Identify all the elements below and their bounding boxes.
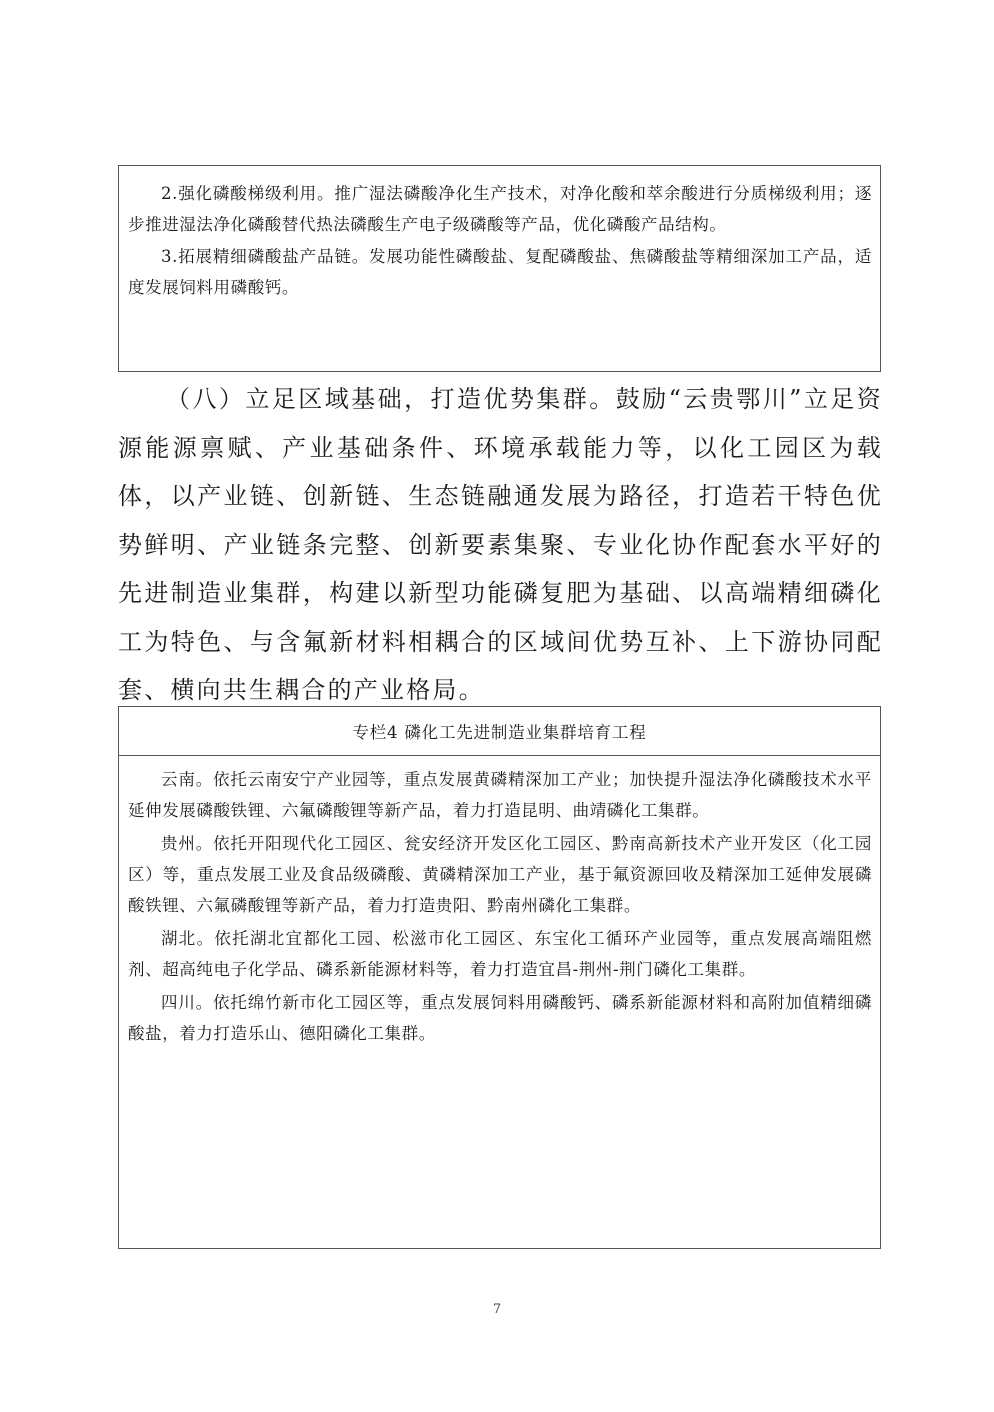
box-paragraph-phosphate-chain: 3.拓展精细磷酸盐产品链。发展功能性磷酸盐、复配磷酸盐、焦磷酸盐等精细深加工产品… <box>128 241 872 303</box>
region-paragraph-sichuan: 四川。依托绵竹新市化工园区等，重点发展饲料用磷酸钙、磷系新能源材料和高附加值精细… <box>128 987 872 1049</box>
region-paragraph-yunnan: 云南。依托云南安宁产业园等，重点发展黄磷精深加工产业；加快提升湿法净化磷酸技术水… <box>128 764 872 826</box>
main-body-paragraph: （八）立足区域基础，打造优势集群。鼓励“云贵鄂川”立足资源能源禀赋、产业基础条件… <box>118 375 883 715</box>
column-box-body: 云南。依托云南安宁产业园等，重点发展黄磷精深加工产业；加快提升湿法净化磷酸技术水… <box>119 756 880 1049</box>
page-number: 7 <box>0 1302 994 1317</box>
region-paragraph-guizhou: 贵州。依托开阳现代化工园区、瓮安经济开发区化工园区、黔南高新技术产业开发区（化工… <box>128 828 872 921</box>
continued-box-section: 2.强化磷酸梯级利用。推广湿法磷酸净化生产技术，对净化酸和萃余酸进行分质梯级利用… <box>118 165 881 372</box>
column-box-title: 专栏4 磷化工先进制造业集群培育工程 <box>119 707 880 756</box>
column-box-cluster-project: 专栏4 磷化工先进制造业集群培育工程 云南。依托云南安宁产业园等，重点发展黄磷精… <box>118 706 881 1249</box>
box-paragraph-phosphoric-acid: 2.强化磷酸梯级利用。推广湿法磷酸净化生产技术，对净化酸和萃余酸进行分质梯级利用… <box>128 178 872 240</box>
region-paragraph-hubei: 湖北。依托湖北宜都化工园、松滋市化工园区、东宝化工循环产业园等，重点发展高端阻燃… <box>128 923 872 985</box>
